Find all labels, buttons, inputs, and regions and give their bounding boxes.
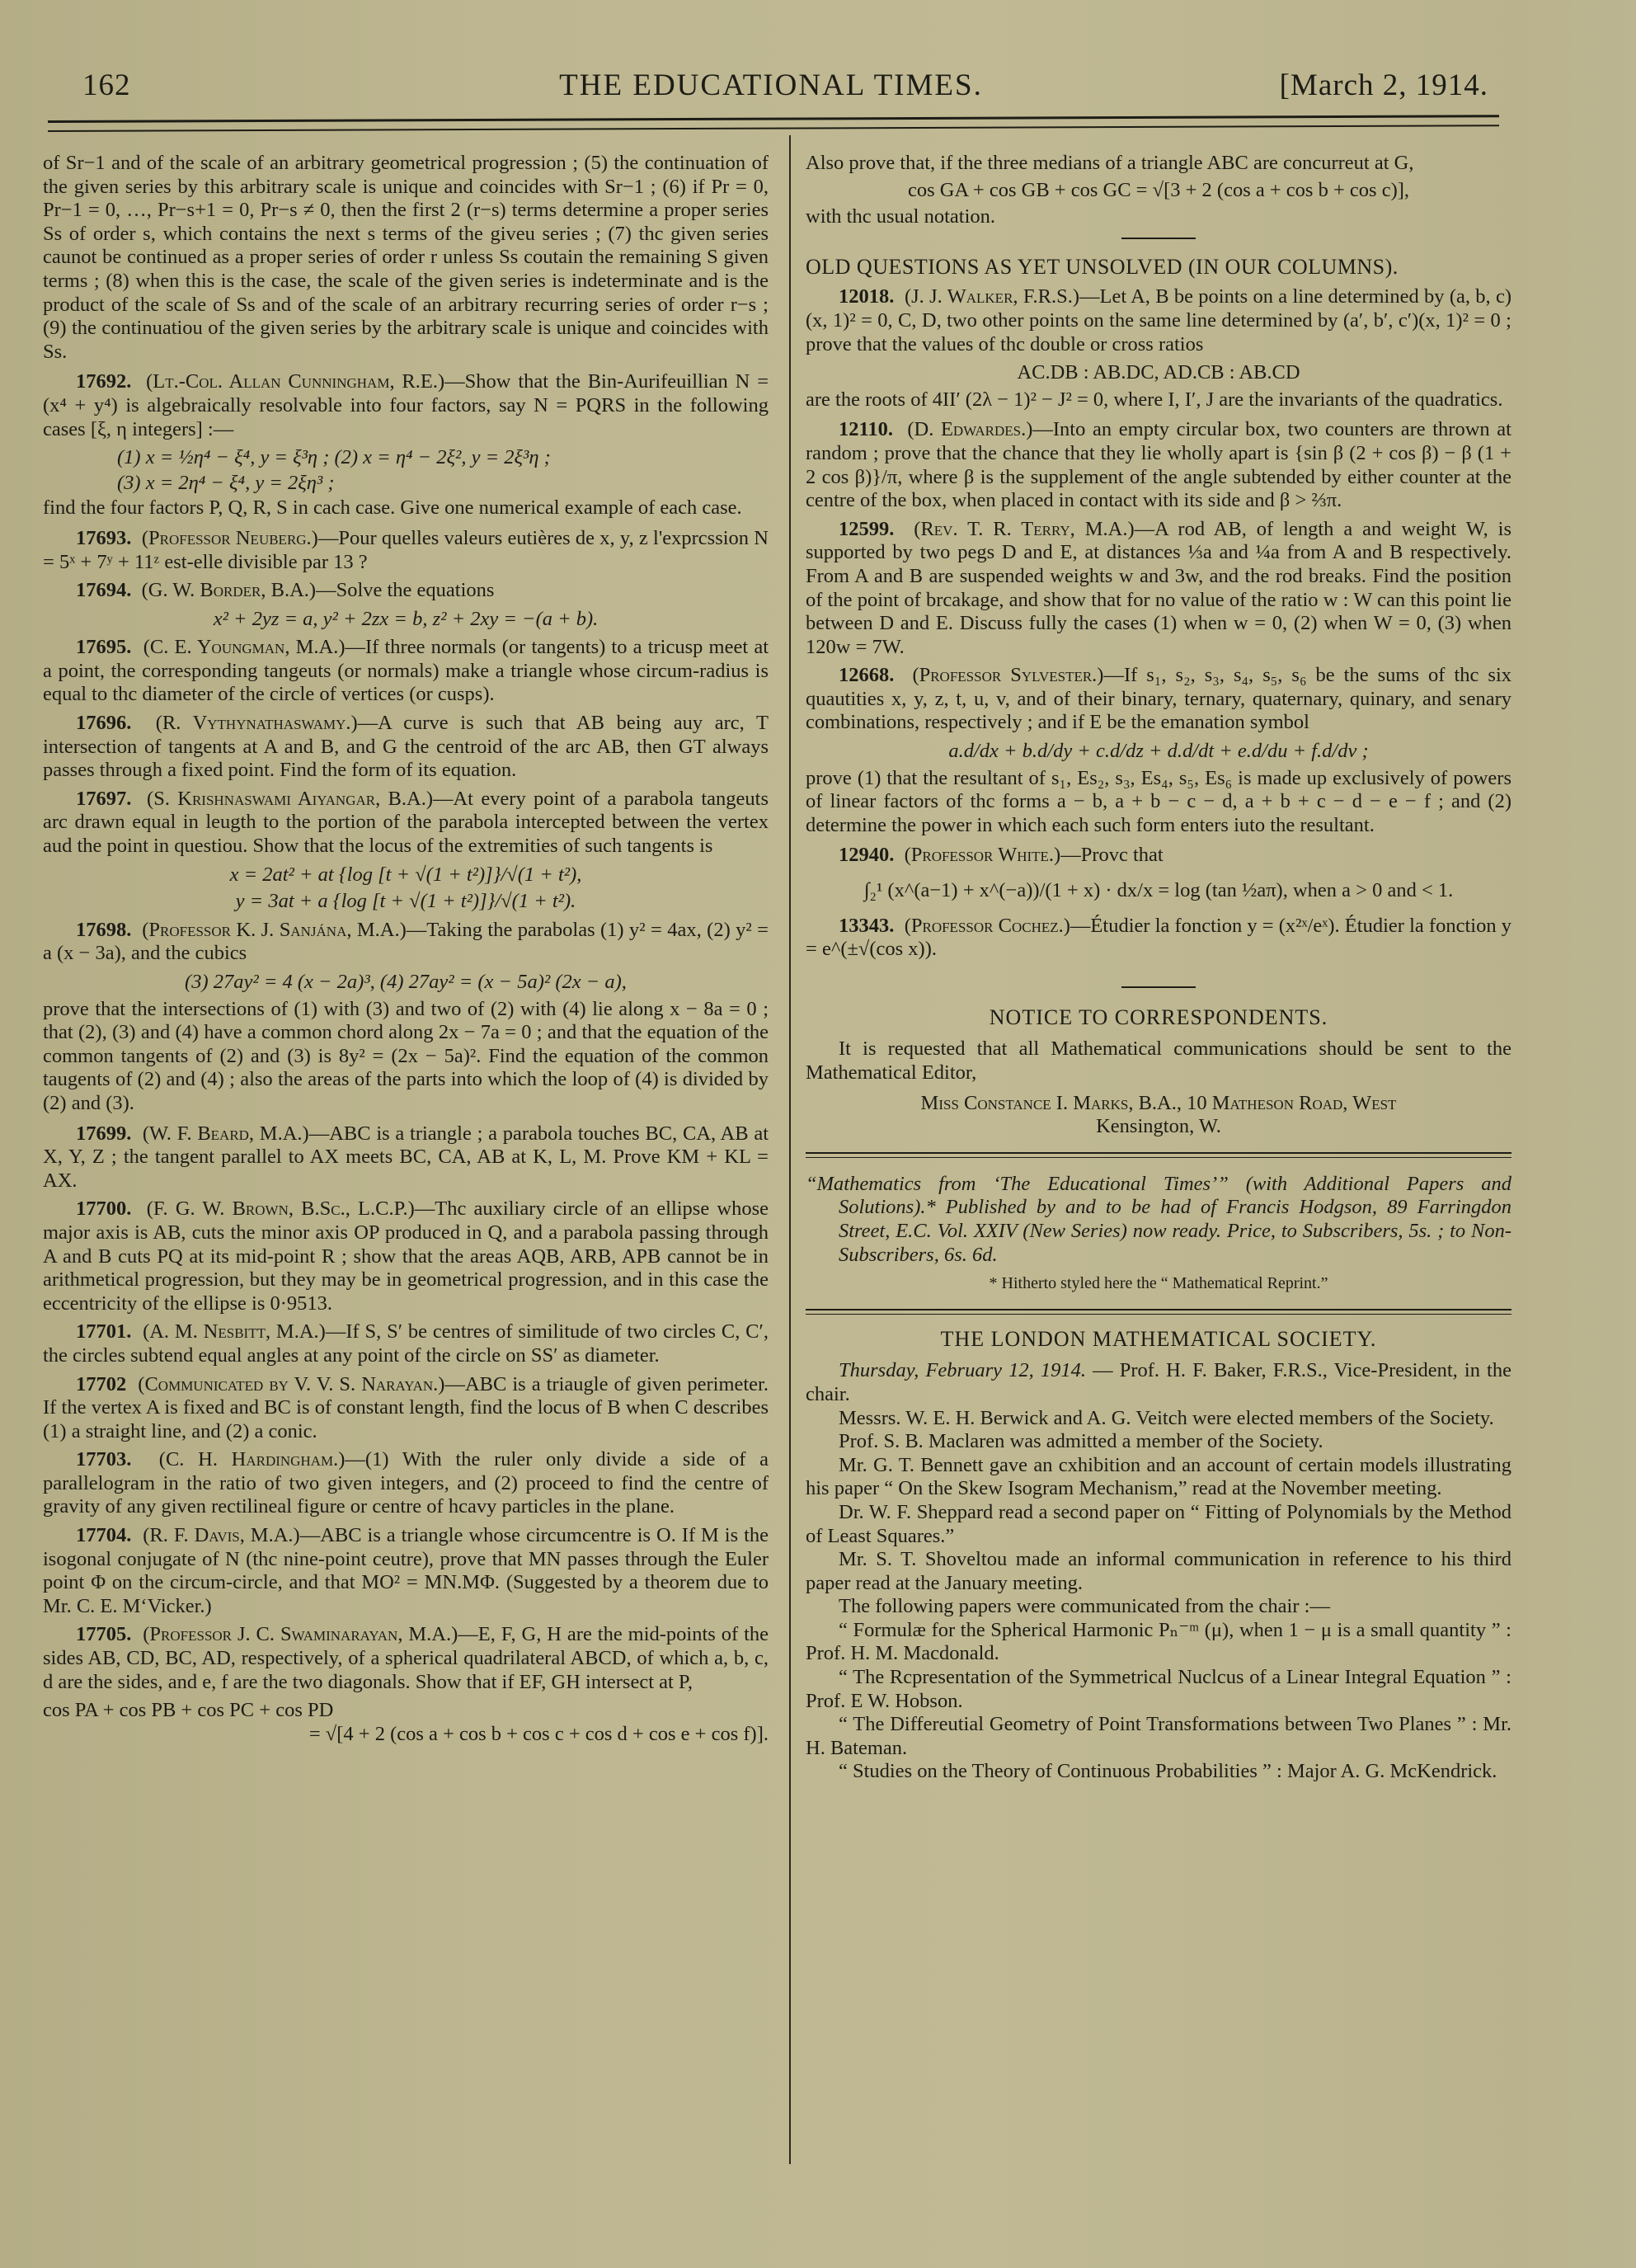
society-heading: THE LONDON MATHEMATICAL SOCIETY. [806, 1328, 1511, 1352]
question-author: (R. Vythynathaswamy.) [156, 712, 358, 734]
question-text: find the four factors P, Q, R, S in cach… [43, 496, 769, 520]
section-divider [1121, 238, 1196, 239]
question-number: 17700. [76, 1198, 131, 1220]
question-17698: 17698. (Professor K. J. Sanjána, M.A.)—T… [43, 919, 769, 1116]
question-number: 12110. [839, 418, 893, 440]
integral-equation: ∫₂¹ (x^(a−1) + x^(−a))/(1 + x) · dx/x = … [806, 873, 1511, 910]
society-paper: “ The Differeutial Geometry of Point Tra… [806, 1713, 1511, 1760]
equation: = √[4 + 2 (cos a + cos b + cos c + cos d… [43, 1723, 769, 1747]
equation: (3) x = 2η⁴ − ξ⁴, y = 2ξη³ ; [43, 472, 769, 496]
question-17695: 17695. (C. E. Youngman, M.A.)—If three n… [43, 636, 769, 707]
question-number: 17702 [76, 1373, 126, 1395]
question-author: (Professor Cochez.) [905, 915, 1070, 937]
equation: (1) x = ½η⁴ − ξ⁴, y = ξ³η ; (2) x = η⁴ −… [43, 446, 769, 470]
question-author: (F. G. W. Brown, B.Sc., L.C.P.) [147, 1198, 415, 1220]
society-paper: “ Formulæ for the Spherical Harmonic Pₙ⁻… [806, 1619, 1511, 1666]
question-12599: 12599. (Rev. T. R. Terry, M.A.)—A rod AB… [806, 518, 1511, 660]
question-number: 17701. [76, 1320, 131, 1343]
society-paragraph: Prof. S. B. Maclaren was admitted a memb… [806, 1430, 1511, 1454]
question-17696: 17696. (R. Vythynathaswamy.)—A curve is … [43, 712, 769, 783]
question-17693: 17693. (Professor Neuberg.)—Pour quelles… [43, 527, 769, 574]
question-number: 17698. [76, 919, 131, 941]
question-17704: 17704. (R. F. Davis, M.A.)—ABC is a tria… [43, 1524, 769, 1618]
question-number: 12599. [839, 518, 894, 540]
question-number: 17692. [76, 370, 131, 393]
question-text: —(1) With the ruler only divide a side o… [43, 1448, 769, 1517]
question-author: (Professor Neuberg.) [142, 527, 318, 549]
society-paper: “ Studies on the Theory of Continuous Pr… [806, 1760, 1511, 1784]
equation: x = 2at² + at {log [t + √(1 + t²)]}/√(1 … [43, 863, 769, 887]
question-number: 17699. [76, 1122, 131, 1145]
question-author: (C. E. Youngman, M.A.) [143, 636, 346, 658]
question-17703: 17703. (C. H. Hardingham.)—(1) With the … [43, 1448, 769, 1519]
section-divider [806, 1309, 1511, 1315]
question-12940: 12940. (Professor White.)—Provc that ∫₂¹… [806, 844, 1511, 909]
continued-text: Also prove that, if the three medians of… [806, 152, 1511, 176]
left-column: of Sr−1 and of the scale of an arbitrary… [43, 152, 769, 1746]
question-number: 17695. [76, 636, 131, 658]
question-number: 17705. [76, 1623, 131, 1645]
question-author: (Professor K. J. Sanjána, M.A.) [142, 919, 407, 941]
question-12668: 12668. (Professor Sylvester.)—If s₁, s₂,… [806, 664, 1511, 837]
question-author: (A. M. Nesbitt, M.A.) [143, 1320, 326, 1343]
society-paragraph: The following papers were communicated f… [806, 1595, 1511, 1619]
question-author: (D. Edwardes.) [907, 418, 1032, 440]
continued-text: of Sr−1 and of the scale of an arbitrary… [43, 152, 769, 364]
question-17705: 17705. (Professor J. C. Swaminarayan, M.… [43, 1623, 769, 1746]
question-12018: 12018. (J. J. Walker, F.R.S.)—Let A, B b… [806, 285, 1511, 412]
equation: a.d/dx + b.d/dy + c.d/dz + d.d/dt + e.d/… [806, 740, 1511, 764]
question-text: —A rod AB, of length a and weight W, is … [806, 518, 1511, 658]
question-author: (W. F. Beard, M.A.) [143, 1122, 309, 1145]
notice-to-correspondents: NOTICE TO CORRESPONDENTS. It is requeste… [806, 1006, 1511, 1139]
question-text: —A curve is such that AB being auy arc, … [43, 712, 769, 781]
section-heading-old-questions: OLD QUESTIONS AS YET UNSOLVED (IN OUR CO… [806, 256, 1511, 280]
question-number: 17696. [76, 712, 131, 734]
equation: x² + 2yz = a, y² + 2zx = b, z² + 2xy = −… [43, 608, 769, 632]
question-author: (Professor Sylvester.) [912, 664, 1103, 686]
question-author: (J. J. Walker, F.R.S.) [905, 285, 1079, 308]
newspaper-page: 162 THE EDUCATIONAL TIMES. [March 2, 191… [0, 0, 1636, 2268]
column-divider [789, 135, 791, 2164]
question-number: 12018. [839, 285, 894, 308]
equation: AC.DB : AB.DC, AD.CB : AB.CD [806, 361, 1511, 385]
question-text: are the roots of 4II′ (2λ − 1)² − J² = 0… [806, 388, 1511, 412]
question-number: 17703. [76, 1448, 131, 1470]
london-mathematical-society: THE LONDON MATHEMATICAL SOCIETY. Thursda… [806, 1328, 1511, 1784]
question-author: (C. H. Hardingham.) [159, 1448, 346, 1470]
society-paragraph: Mr. G. T. Bennett gave an cxhibition and… [806, 1454, 1511, 1501]
question-number: 13343. [839, 915, 894, 937]
question-author: (Professor White.) [905, 844, 1061, 866]
question-author: (Rev. T. R. Terry, M.A.) [914, 518, 1134, 540]
meeting-date: Thursday, February 12, 1914. [839, 1359, 1086, 1381]
equation: y = 3at + a {log [t + √(1 + t²)]}/√(1 + … [43, 890, 769, 914]
question-author: (Lt.-Col. Allan Cunningham, R.E.) [146, 370, 444, 393]
question-text: —Solve the equations [316, 579, 494, 601]
question-17699: 17699. (W. F. Beard, M.A.)—ABC is a tria… [43, 1122, 769, 1193]
question-number: 17704. [76, 1524, 131, 1546]
notice-heading: NOTICE TO CORRESPONDENTS. [806, 1006, 1511, 1030]
question-author: (Communicated by V. V. S. Narayan.) [138, 1373, 444, 1395]
question-13343: 13343. (Professor Cochez.)—Étudier la fo… [806, 915, 1511, 962]
question-text: —Provc that [1060, 844, 1164, 866]
society-paragraph: Dr. W. F. Sheppard read a second paper o… [806, 1501, 1511, 1548]
right-column: Also prove that, if the three medians of… [806, 152, 1511, 1784]
header-rule-top [48, 115, 1499, 123]
notice-text: It is requested that all Mathematical co… [806, 1038, 1511, 1085]
question-author: (Professor J. C. Swaminarayan, M.A.) [143, 1623, 458, 1645]
continued-text: with thc usual notation. [806, 205, 1511, 229]
advertisement-text: “Mathematics from ‘The Educational Times… [806, 1173, 1511, 1267]
question-author: (S. Krishnaswami Aiyangar, B.A.) [147, 788, 433, 810]
masthead: 162 THE EDUCATIONAL TIMES. [March 2, 191… [45, 68, 1497, 109]
question-number: 12668. [839, 664, 894, 686]
question-number: 17697. [76, 788, 131, 810]
equation: cos PA + cos PB + cos PC + cos PD [43, 1699, 769, 1723]
question-17694: 17694. (G. W. Border, B.A.)—Solve the eq… [43, 579, 769, 631]
section-divider [1121, 986, 1196, 988]
society-paragraph: Messrs. W. E. H. Berwick and A. G. Veitc… [806, 1407, 1511, 1431]
advertisement-footnote: * Hitherto styled here the “ Mathematica… [806, 1272, 1511, 1296]
society-paper: “ The Rcpresentation of the Symmetrical … [806, 1666, 1511, 1713]
equation: cos GA + cos GB + cos GC = √[3 + 2 (cos … [806, 179, 1511, 203]
question-number: 17694. [76, 579, 131, 601]
question-text: prove (1) that the resultant of s₁, Es₂,… [806, 767, 1511, 838]
question-12110: 12110. (D. Edwardes.)—Into an empty circ… [806, 418, 1511, 512]
question-17700: 17700. (F. G. W. Brown, B.Sc., L.C.P.)—T… [43, 1198, 769, 1315]
page-edge-shading [1512, 0, 1636, 2268]
question-text: prove that the intersections of (1) with… [43, 998, 769, 1116]
header-rule-bottom [48, 125, 1499, 132]
question-author: (R. F. Davis, M.A.) [143, 1524, 299, 1546]
question-17697: 17697. (S. Krishnaswami Aiyangar, B.A.)—… [43, 788, 769, 914]
editor-address: Kensington, W. [806, 1115, 1511, 1139]
issue-date: [March 2, 1914. [1280, 68, 1488, 103]
question-17701: 17701. (A. M. Nesbitt, M.A.)—If S, S′ be… [43, 1320, 769, 1367]
advertisement: “Mathematics from ‘The Educational Times… [806, 1173, 1511, 1296]
question-number: 12940. [839, 844, 894, 866]
editor-address: Miss Constance I. Marks, B.A., 10 Mathes… [806, 1092, 1511, 1116]
question-17702: 17702 (Communicated by V. V. S. Narayan.… [43, 1373, 769, 1444]
section-divider [806, 1152, 1511, 1158]
equation: (3) 27ay² = 4 (x − 2a)³, (4) 27ay² = (x … [43, 971, 769, 995]
question-number: 17693. [76, 527, 131, 549]
question-17692: 17692. (Lt.-Col. Allan Cunningham, R.E.)… [43, 370, 769, 520]
question-author: (G. W. Border, B.A.) [142, 579, 316, 601]
society-paragraph: Mr. S. T. Shoveltou made an informal com… [806, 1548, 1511, 1595]
